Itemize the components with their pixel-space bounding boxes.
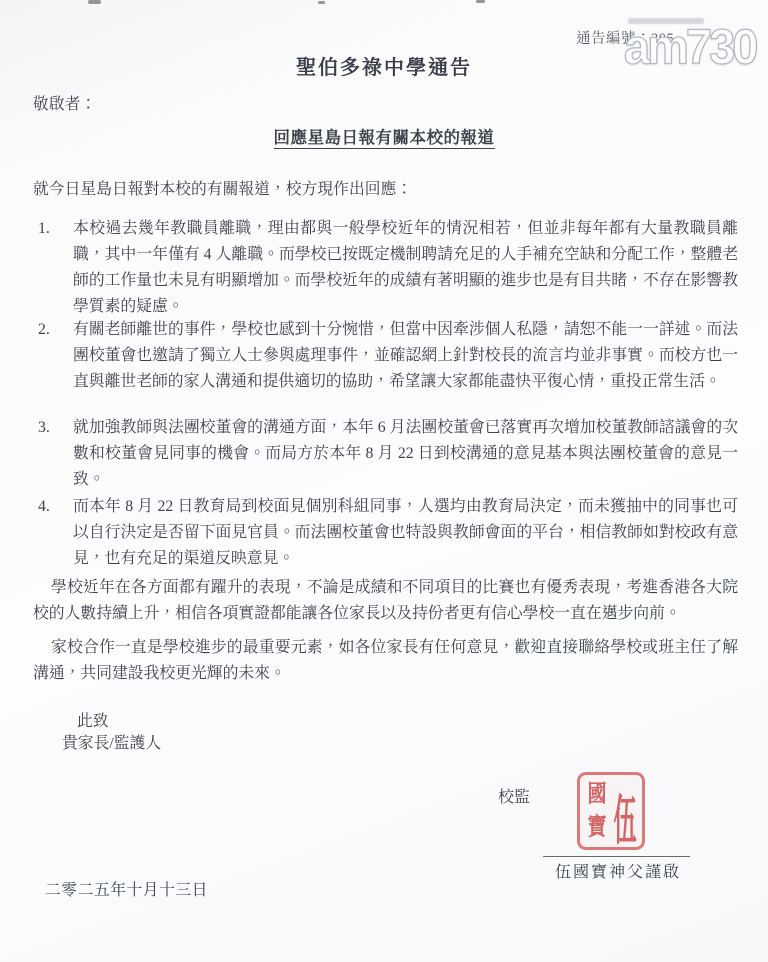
list-item-text: 而本年 8 月 22 日教育局到校面見個別科組同事，人選均由教育局決定，而未獲抽… <box>73 494 738 572</box>
supervisor-label: 校監 <box>498 786 530 810</box>
am730-logo: am730 <box>624 24 768 70</box>
intro-paragraph: 就今日星島日報對本校的有關報道，校方現作出回應： <box>33 177 738 203</box>
seal-char-wu: 伍 <box>614 795 637 848</box>
list-item-3: 3. 就加強教師與法團校董會的溝通方面，本年 6 月法團校董會已落實再次增加校董… <box>38 415 738 493</box>
seal-char-guo: 國 <box>587 783 606 807</box>
list-item-text: 就加強教師與法團校董會的溝通方面，本年 6 月法團校董會已落實再次增加校董教師諮… <box>73 415 738 493</box>
seal-left-column: 國 寶 <box>583 778 611 844</box>
scan-speck <box>476 0 485 3</box>
list-item-number: 4. <box>38 494 73 572</box>
am730-watermark: am730 <box>624 18 768 68</box>
subject-heading: 回應星島日報有關本校的報道 <box>0 125 768 151</box>
list-item-1: 1. 本校過去幾年教職員離職，理由都與一般學校近年的情況相若，但並非每年都有大量… <box>38 216 738 320</box>
supervisor-seal-stamp: 國 寶 伍 <box>577 772 645 850</box>
list-item-4: 4. 而本年 8 月 22 日教育局到校面見個別科組同事，人選均由教育局決定，而… <box>38 494 738 572</box>
document-date: 二零二五年十月十三日 <box>45 878 208 904</box>
list-item-number: 3. <box>38 415 73 493</box>
scan-speck <box>88 0 101 4</box>
list-item-2: 2. 有關老師離世的事件，學校也感到十分惋惜，但當中因牽涉個人私隱，請恕不能一一… <box>38 317 738 395</box>
signatory-name: 伍國寶神父謹啟 <box>555 861 681 885</box>
scan-speck <box>318 1 325 4</box>
document-page: 通告編號：205 am730 聖伯多祿中學通告 敬啟者： 回應星島日報有關本校的… <box>0 0 768 962</box>
list-item-number: 2. <box>38 317 73 395</box>
list-item-text: 本校過去幾年教職員離職，理由都與一般學校近年的情況相若，但並非每年都有大量教職員… <box>73 216 738 320</box>
list-item-text: 有關老師離世的事件，學校也感到十分惋惜，但當中因牽涉個人私隱，請恕不能一一詳述。… <box>73 317 738 395</box>
list-item-number: 1. <box>38 216 73 320</box>
closing-recipient: 貴家長/監護人 <box>62 731 161 757</box>
paragraph-performance: 學校近年在各方面都有躍升的表現，不論是成績和不同項目的比賽也有優秀表現，考進香港… <box>33 575 738 627</box>
subject-heading-text: 回應星島日報有關本校的報道 <box>274 128 495 149</box>
salutation: 敬啟者： <box>33 92 96 118</box>
seal-char-bao: 寶 <box>587 816 606 840</box>
signature-line <box>543 856 690 857</box>
paragraph-cooperation: 家校合作一直是學校進步的最重要元素，如各位家長有任何意見，歡迎直接聯絡學校或班主… <box>33 635 738 687</box>
seal-right-column: 伍 <box>611 778 639 844</box>
